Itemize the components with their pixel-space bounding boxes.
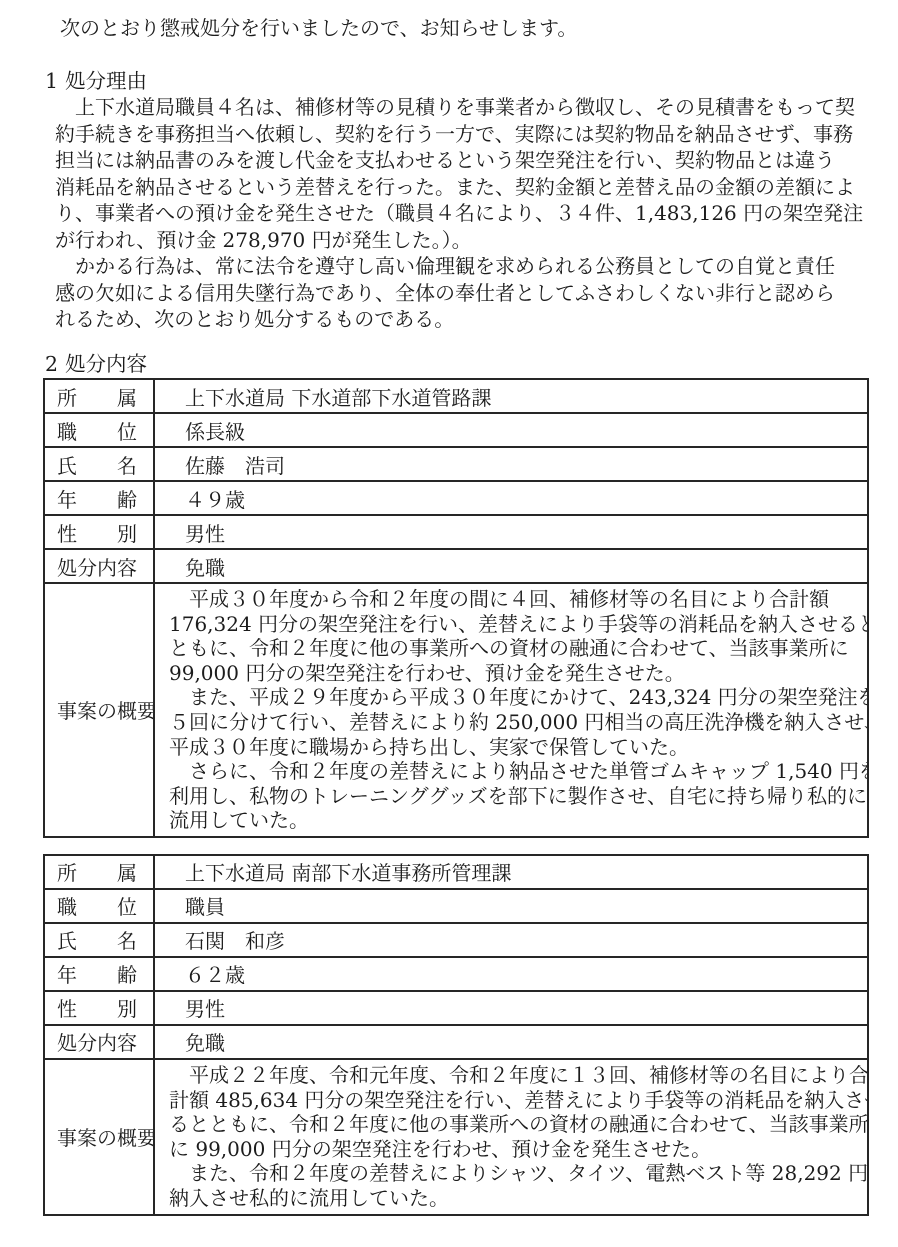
text-line: 平成３０年度に職場から持ち出し、実家で保管していた。 bbox=[169, 735, 857, 760]
row-value-affiliation: 上下水道局 下水道部下水道管路課 bbox=[154, 379, 868, 413]
text-line: が行われ、預け金 278,970 円が発生した。）。 bbox=[55, 227, 898, 254]
text-line: 納入させ私的に流用していた。 bbox=[169, 1186, 857, 1211]
table-row: 事案の概要 平成２２年度、令和元年度、令和２年度に１３回、補修材等の名目により合… bbox=[44, 1059, 868, 1215]
row-value-name: 佐藤 浩司 bbox=[154, 447, 868, 481]
text-line: かかる行為は、常に法令を遵守し高い倫理観を求められる公務員としての自覚と責任 bbox=[55, 253, 898, 280]
disposition-table-1: 所 属 上下水道局 下水道部下水道管路課 職 位 係長級 氏 名 佐藤 浩司 年… bbox=[43, 378, 869, 838]
document-page: 次のとおり懲戒処分を行いましたので、お知らせします。 1処分理由 上下水道局職員… bbox=[0, 0, 898, 1247]
row-label-sex: 性 別 bbox=[44, 515, 154, 549]
row-value-age: ６２歳 bbox=[154, 957, 868, 991]
table-row: 性 別 男性 bbox=[44, 991, 868, 1025]
row-value-disposition: 免職 bbox=[154, 549, 868, 583]
text-line: 99,000 円分の架空発注を行わせ、預け金を発生させた。 bbox=[169, 661, 857, 686]
text-line: 利用し、私物のトレーニンググッズを部下に製作させ、自宅に持ち帰り私的に bbox=[169, 784, 857, 809]
section-2-title: 処分内容 bbox=[65, 352, 147, 376]
text-line: さらに、令和２年度の差替えにより納品させた単管ゴムキャップ 1,540 円を bbox=[169, 759, 857, 784]
table-row: 職 位 係長級 bbox=[44, 413, 868, 447]
text-line: 平成３０年度から令和２年度の間に４回、補修材等の名目により合計額 bbox=[169, 587, 857, 612]
section-2-number: 2 bbox=[45, 351, 65, 378]
row-label-affiliation: 所 属 bbox=[44, 379, 154, 413]
table-row: 事案の概要 平成３０年度から令和２年度の間に４回、補修材等の名目により合計額17… bbox=[44, 583, 868, 837]
row-value-affiliation: 上下水道局 南部下水道事務所管理課 bbox=[154, 855, 868, 889]
row-label-name: 氏 名 bbox=[44, 447, 154, 481]
text-line: り、事業者への預け金を発生させた（職員４名により、３４件、1,483,126 円… bbox=[55, 200, 898, 227]
text-line: 176,324 円分の架空発注を行い、差替えにより手袋等の消耗品を納入させると bbox=[169, 612, 857, 637]
text-line: 上下水道局職員４名は、補修材等の見積りを事業者から徴収し、その見積書をもって契 bbox=[55, 94, 898, 121]
row-label-position: 職 位 bbox=[44, 413, 154, 447]
table-row: 処分内容 免職 bbox=[44, 549, 868, 583]
table-row: 職 位 職員 bbox=[44, 889, 868, 923]
section-2-heading: 2処分内容 bbox=[0, 351, 898, 378]
table-row: 氏 名 石関 和彦 bbox=[44, 923, 868, 957]
text-line: 平成２２年度、令和元年度、令和２年度に１３回、補修材等の名目により合 bbox=[169, 1063, 857, 1088]
row-label-case-summary: 事案の概要 bbox=[44, 583, 154, 837]
row-label-position: 職 位 bbox=[44, 889, 154, 923]
row-label-age: 年 齢 bbox=[44, 957, 154, 991]
table-row: 年 齢 ４９歳 bbox=[44, 481, 868, 515]
text-line: 消耗品を納品させるという差替えを行った。また、契約金額と差替え品の金額の差額によ bbox=[55, 174, 898, 201]
row-label-age: 年 齢 bbox=[44, 481, 154, 515]
row-value-sex: 男性 bbox=[154, 515, 868, 549]
table-row: 性 別 男性 bbox=[44, 515, 868, 549]
row-value-case-summary: 平成３０年度から令和２年度の間に４回、補修材等の名目により合計額176,324 … bbox=[154, 583, 868, 837]
intro-text: 次のとおり懲戒処分を行いましたので、お知らせします。 bbox=[0, 0, 898, 42]
table-row: 氏 名 佐藤 浩司 bbox=[44, 447, 868, 481]
row-value-position: 職員 bbox=[154, 889, 868, 923]
text-line: に 99,000 円分の架空発注を行わせ、預け金を発生させた。 bbox=[169, 1137, 857, 1162]
table-row: 年 齢 ６２歳 bbox=[44, 957, 868, 991]
text-line: また、令和２年度の差替えによりシャツ、タイツ、電熱ベスト等 28,292 円を bbox=[169, 1161, 857, 1186]
text-line: 計額 485,634 円分の架空発注を行い、差替えにより手袋等の消耗品を納入させ bbox=[169, 1088, 857, 1113]
row-value-case-summary: 平成２２年度、令和元年度、令和２年度に１３回、補修材等の名目により合計額 485… bbox=[154, 1059, 868, 1215]
disposition-table-2: 所 属 上下水道局 南部下水道事務所管理課 職 位 職員 氏 名 石関 和彦 年… bbox=[43, 854, 869, 1216]
text-line: 感の欠如による信用失墜行為であり、全体の奉仕者としてふさわしくない非行と認めら bbox=[55, 280, 898, 307]
table-row: 所 属 上下水道局 南部下水道事務所管理課 bbox=[44, 855, 868, 889]
row-label-affiliation: 所 属 bbox=[44, 855, 154, 889]
row-label-disposition: 処分内容 bbox=[44, 1025, 154, 1059]
text-line: 担当には納品書のみを渡し代金を支払わせるという架空発注を行い、契約物品とは違う bbox=[55, 147, 898, 174]
text-line: れるため、次のとおり処分するものである。 bbox=[55, 306, 898, 333]
row-value-sex: 男性 bbox=[154, 991, 868, 1025]
row-label-name: 氏 名 bbox=[44, 923, 154, 957]
text-line: また、平成２９年度から平成３０年度にかけて、243,324 円分の架空発注を bbox=[169, 685, 857, 710]
text-line: るとともに、令和２年度に他の事業所への資材の融通に合わせて、当該事業所 bbox=[169, 1112, 857, 1137]
section-1-title: 処分理由 bbox=[65, 69, 147, 93]
table-row: 所 属 上下水道局 下水道部下水道管路課 bbox=[44, 379, 868, 413]
row-label-case-summary: 事案の概要 bbox=[44, 1059, 154, 1215]
row-label-disposition: 処分内容 bbox=[44, 549, 154, 583]
text-line: ５回に分けて行い、差替えにより約 250,000 円相当の高圧洗浄機を納入させ、 bbox=[169, 710, 857, 735]
reason-paragraph: 上下水道局職員４名は、補修材等の見積りを事業者から徴収し、その見積書をもって契約… bbox=[0, 94, 898, 333]
row-value-name: 石関 和彦 bbox=[154, 923, 868, 957]
row-value-position: 係長級 bbox=[154, 413, 868, 447]
text-line: ともに、令和２年度に他の事業所への資材の融通に合わせて、当該事業所に bbox=[169, 636, 857, 661]
text-line: 約手続きを事務担当へ依頼し、契約を行う一方で、実際には契約物品を納品させず、事務 bbox=[55, 121, 898, 148]
text-line: 流用していた。 bbox=[169, 808, 857, 833]
section-1-number: 1 bbox=[45, 68, 65, 95]
row-value-age: ４９歳 bbox=[154, 481, 868, 515]
row-label-sex: 性 別 bbox=[44, 991, 154, 1025]
table-row: 処分内容 免職 bbox=[44, 1025, 868, 1059]
row-value-disposition: 免職 bbox=[154, 1025, 868, 1059]
section-1-heading: 1処分理由 bbox=[0, 68, 898, 95]
